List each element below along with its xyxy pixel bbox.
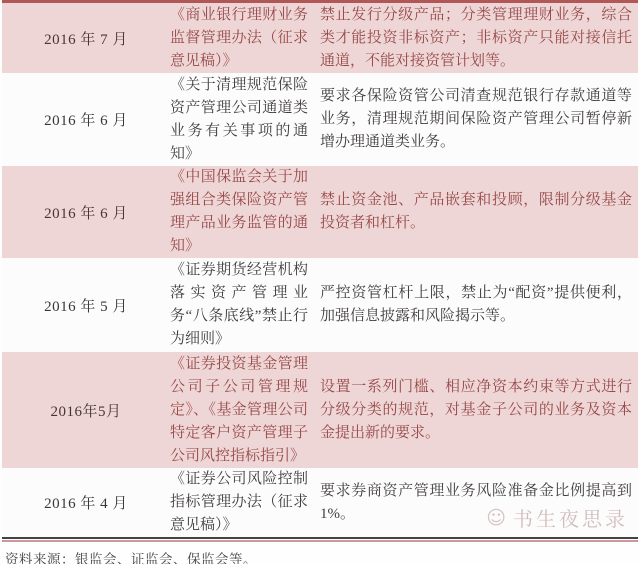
row-document-title: 《证券投资基金管理公司子公司管理规定》、《基金管理公司特定客户资产管理子公司风控… (170, 352, 320, 468)
row-description-text: 设置一系列门槛、相应净资本约束等方式进行分级分类的规范，对基金子公司的业务及资本… (320, 376, 632, 445)
row-date: 2016 年 5 月 (2, 258, 170, 352)
regulation-table: 2016 年 7 月 《商业银行理财业务监督管理办法（征求意见稿）》 禁止发行分… (2, 0, 638, 537)
row-description: 要求各保险资管公司清查规范银行存款通道等业务，清理规范期间保险资产管理公司暂停新… (320, 73, 638, 166)
table-row: 2016 年 6 月 《中国保监会关于加强组合类保险资产管理产品业务监管的通知》… (2, 166, 638, 258)
row-date: 2016 年 4 月 (2, 468, 170, 537)
row-description: 严控资管杠杆上限，禁止为“配资”提供便利，加强信息披露和风险揭示等。 (320, 258, 638, 352)
row-document-title: 《证券期货经营机构落实资产管理业务“八条底线”禁止行为细则》 (170, 258, 320, 352)
row-description: 禁止资金池、产品嵌套和投顾，限制分级基金投资者和杠杆。 (320, 166, 638, 258)
row-description-text: 要求券商资产管理业务风险准备金比例提高到1%。 (320, 480, 632, 526)
row-document-title-text: 《中国保监会关于加强组合类保险资产管理产品业务监管的通知》 (170, 166, 308, 258)
table-row: 2016 年 7 月 《商业银行理财业务监督管理办法（征求意见稿）》 禁止发行分… (2, 3, 638, 73)
row-document-title-text: 《证券投资基金管理公司子公司管理规定》、《基金管理公司特定客户资产管理子公司风控… (170, 353, 308, 468)
row-description-text: 严控资管杠杆上限，禁止为“配资”提供便利，加强信息披露和风险揭示等。 (320, 282, 632, 328)
table-bottom-rule (2, 537, 638, 539)
row-description: 要求券商资产管理业务风险准备金比例提高到1%。 (320, 468, 638, 537)
row-description-text: 禁止资金池、产品嵌套和投顾，限制分级基金投资者和杠杆。 (320, 189, 632, 235)
row-document-title: 《关于清理规范保险资产管理公司通道类业务有关事项的通知》 (170, 73, 320, 166)
row-document-title-text: 《商业银行理财业务监督管理办法（征求意见稿）》 (170, 4, 308, 73)
row-date: 2016 年 6 月 (2, 73, 170, 166)
row-document-title: 《中国保监会关于加强组合类保险资产管理产品业务监管的通知》 (170, 166, 320, 258)
row-description-text: 禁止发行分级产品；分类管理理财业务，综合类才能投资非标资产；非标资产只能对接信托… (320, 4, 632, 73)
row-document-title: 《商业银行理财业务监督管理办法（征求意见稿）》 (170, 3, 320, 73)
table-row: 2016 年 6 月 《关于清理规范保险资产管理公司通道类业务有关事项的通知》 … (2, 73, 638, 166)
row-date: 2016年5月 (2, 352, 170, 468)
row-date: 2016 年 6 月 (2, 166, 170, 258)
row-document-title-text: 《证券公司风险控制指标管理办法（征求意见稿）》 (170, 468, 308, 537)
row-document-title-text: 《关于清理规范保险资产管理公司通道类业务有关事项的通知》 (170, 74, 308, 166)
row-description: 禁止发行分级产品；分类管理理财业务，综合类才能投资非标资产；非标资产只能对接信托… (320, 3, 638, 73)
row-description-text: 要求各保险资管公司清查规范银行存款通道等业务，清理规范期间保险资产管理公司暂停新… (320, 85, 632, 154)
row-document-title-text: 《证券期货经营机构落实资产管理业务“八条底线”禁止行为细则》 (170, 259, 308, 351)
row-date: 2016 年 7 月 (2, 3, 170, 73)
row-description: 设置一系列门槛、相应净资本约束等方式进行分级分类的规范，对基金子公司的业务及资本… (320, 352, 638, 468)
table-row: 2016 年 5 月 《证券期货经营机构落实资产管理业务“八条底线”禁止行为细则… (2, 258, 638, 352)
table-row: 2016 年 4 月 《证券公司风险控制指标管理办法（征求意见稿）》 要求券商资… (2, 468, 638, 537)
row-document-title: 《证券公司风险控制指标管理办法（征求意见稿）》 (170, 468, 320, 537)
document-table-page: 2016 年 7 月 《商业银行理财业务监督管理办法（征求意见稿）》 禁止发行分… (0, 0, 640, 564)
source-note: 资料来源：银监会、证监会、保监会等。 (2, 542, 638, 564)
table-row: 2016年5月 《证券投资基金管理公司子公司管理规定》、《基金管理公司特定客户资… (2, 352, 638, 468)
